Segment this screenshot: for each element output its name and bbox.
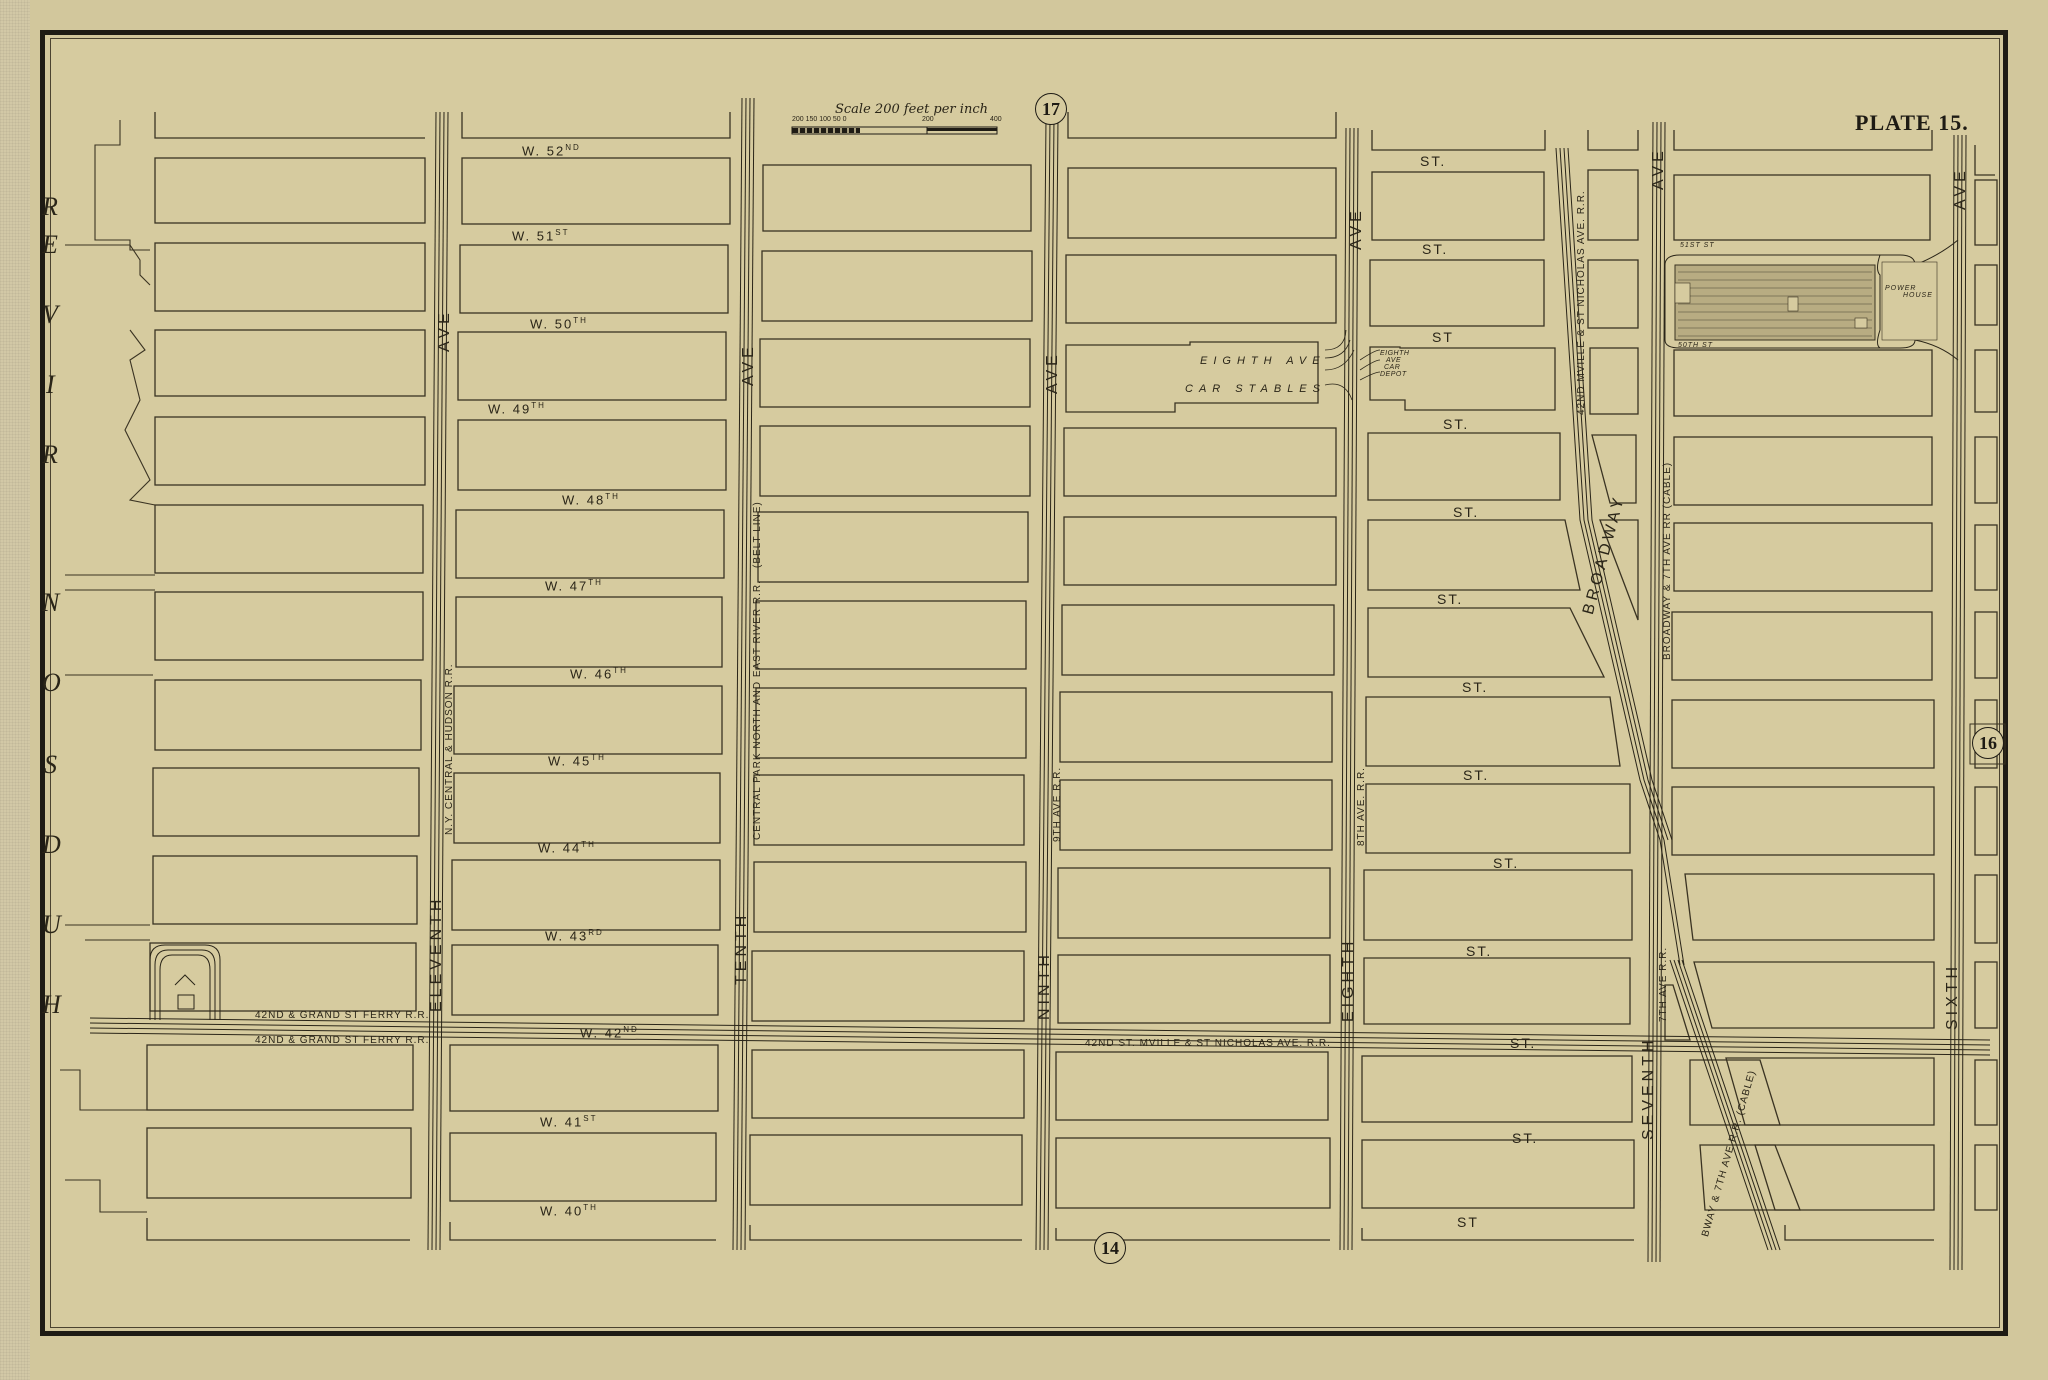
- railroad-label-broadway-7th-cable: BROADWAY & 7TH AVE RR (CABLE): [1662, 462, 1673, 660]
- street-label-w45: W. 45TH: [548, 753, 606, 768]
- scale-bar: [792, 127, 997, 134]
- river-letter: U: [42, 910, 61, 940]
- street-east-label: ST.: [1443, 416, 1469, 432]
- plate-number: PLATE 15.: [1855, 110, 1969, 136]
- scale-ticks-left: 200 150 100 50 0: [792, 116, 847, 123]
- street-east-label: ST.: [1463, 767, 1489, 783]
- street-east-label: ST.: [1493, 855, 1519, 871]
- river-letter: N: [42, 588, 59, 618]
- street-east-label: ST.: [1453, 504, 1479, 520]
- avenue-label-tenth-ave: AVE: [740, 343, 758, 386]
- railroad-label-8th-ave: 8TH AVE. R.R.: [1356, 767, 1367, 846]
- avenue-label-sixth-ave: AVE: [1952, 167, 1970, 210]
- street-label-w44: W. 44TH: [538, 840, 596, 855]
- avenue-label-ninth: NINTH: [1036, 951, 1054, 1020]
- blocks-col-1: [147, 112, 425, 1240]
- railroad-label-belt-line: (BELT LINE): [752, 501, 763, 568]
- blocks-col-3: [750, 165, 1032, 1240]
- ferry-terminal-tracks: [150, 945, 220, 1020]
- ninth-ave-rails: [1036, 118, 1058, 1250]
- railroad-label-ferry-2: 42ND & GRAND ST FERRY R.R.: [255, 1035, 429, 1046]
- avenue-label-eighth: EIGHTH: [1340, 938, 1358, 1022]
- adjoining-sheet-east[interactable]: 16: [1972, 727, 2004, 759]
- building-label-car-stables-2: CAR STABLES: [1185, 383, 1326, 395]
- avenue-label-seventh: SEVENTH: [1640, 1036, 1658, 1140]
- scale-tick-mid: 200: [922, 116, 934, 123]
- street-label-w40: W. 40TH: [540, 1203, 598, 1218]
- avenue-label-seventh-ave: AVE: [1650, 147, 1668, 190]
- street-label-w47: W. 47TH: [545, 578, 603, 593]
- river-letter: R: [42, 192, 58, 222]
- street-east-label: ST.: [1422, 241, 1448, 257]
- river-letter: R: [42, 440, 58, 470]
- street-east-label: ST.: [1512, 1130, 1538, 1146]
- street-label-w42: W. 42ND: [580, 1025, 639, 1040]
- building-label-power-house: POWER HOUSE: [1885, 285, 1933, 299]
- street-east-label: ST.: [1466, 943, 1492, 959]
- blocks-col-4: [1056, 112, 1336, 1240]
- street-label-w48: W. 48TH: [562, 492, 620, 507]
- yard-label-51st: 51ST ST: [1680, 242, 1715, 249]
- railroad-label-7th-ave: 7TH AVE R.R.: [1658, 947, 1669, 1022]
- river-letter: D: [42, 830, 61, 860]
- river-letter: H: [42, 990, 61, 1020]
- street-east-label: ST.: [1437, 591, 1463, 607]
- yard-label-50th: 50TH ST: [1678, 342, 1713, 349]
- avenue-label-ninth-ave: AVE: [1044, 351, 1062, 394]
- railroad-label-42nd-mville-upper: 42ND MVILLE & ST NICHOLAS AVE. R.R.: [1576, 190, 1587, 415]
- blocks-col-5: [1362, 130, 1634, 1240]
- street-label-w43: W. 43RD: [545, 928, 604, 943]
- river-letter: O: [42, 668, 61, 698]
- scale-tick-right: 400: [990, 116, 1002, 123]
- street-east-label: ST: [1432, 329, 1454, 345]
- tenth-ave-rails: [733, 98, 754, 1250]
- river-letter: V: [42, 300, 58, 330]
- avenue-label-eleventh: ELEVENTH: [428, 896, 446, 1012]
- building-label-car-stables-1: EIGHTH AVE: [1200, 355, 1326, 367]
- river-letter: E: [42, 230, 58, 260]
- street-east-label: ST.: [1462, 679, 1488, 695]
- street-east-label: ST.: [1420, 153, 1446, 169]
- eighth-ave-rails: [1340, 128, 1358, 1250]
- shoreline-piers: [60, 120, 155, 1212]
- railroad-label-9th-ave: 9TH AVE R.R.: [1052, 767, 1063, 842]
- street-east-label: ST.: [1510, 1035, 1536, 1051]
- building-label-car-depot: EIGHTH AVE CAR DEPOT: [1380, 350, 1409, 378]
- river-letter: I: [46, 370, 55, 400]
- street-east-label: ST: [1457, 1214, 1479, 1230]
- railroad-label-central-park: CENTRAL PARK NORTH AND EAST RIVER R.R.: [752, 580, 763, 840]
- street-label-w52: W. 52ND: [522, 143, 581, 158]
- avenue-label-eighth-ave: AVE: [1348, 207, 1366, 250]
- avenue-label-tenth: TENTH: [733, 912, 751, 985]
- street-label-w46: W. 46TH: [570, 666, 628, 681]
- adjoining-sheet-south[interactable]: 14: [1094, 1232, 1126, 1264]
- scale-title: Scale 200 feet per inch: [835, 102, 988, 117]
- street-label-w49: W. 49TH: [488, 401, 546, 416]
- river-letter: S: [44, 750, 57, 780]
- avenue-label-sixth: SIXTH: [1944, 963, 1962, 1030]
- railroad-label-ny-central: N.Y. CENTRAL & HUDSON R.R.: [444, 663, 455, 835]
- street-label-w41: W. 41ST: [540, 1114, 597, 1129]
- street-label-w50: W. 50TH: [530, 316, 588, 331]
- adjoining-sheet-north[interactable]: 17: [1035, 93, 1067, 125]
- railroad-label-ferry-1: 42ND & GRAND ST FERRY R.R.: [255, 1010, 429, 1021]
- street-grid: [0, 0, 2048, 1380]
- street-label-w51: W. 51ST: [512, 228, 569, 243]
- sixth-ave-rails: [1950, 135, 1966, 1270]
- railroad-label-42nd-st-mville: 42ND ST. MVILLE & ST NICHOLAS AVE. R.R.: [1085, 1038, 1331, 1049]
- avenue-label-eleventh-ave: AVE: [436, 309, 454, 352]
- car-yard-hatch: [1675, 262, 1937, 340]
